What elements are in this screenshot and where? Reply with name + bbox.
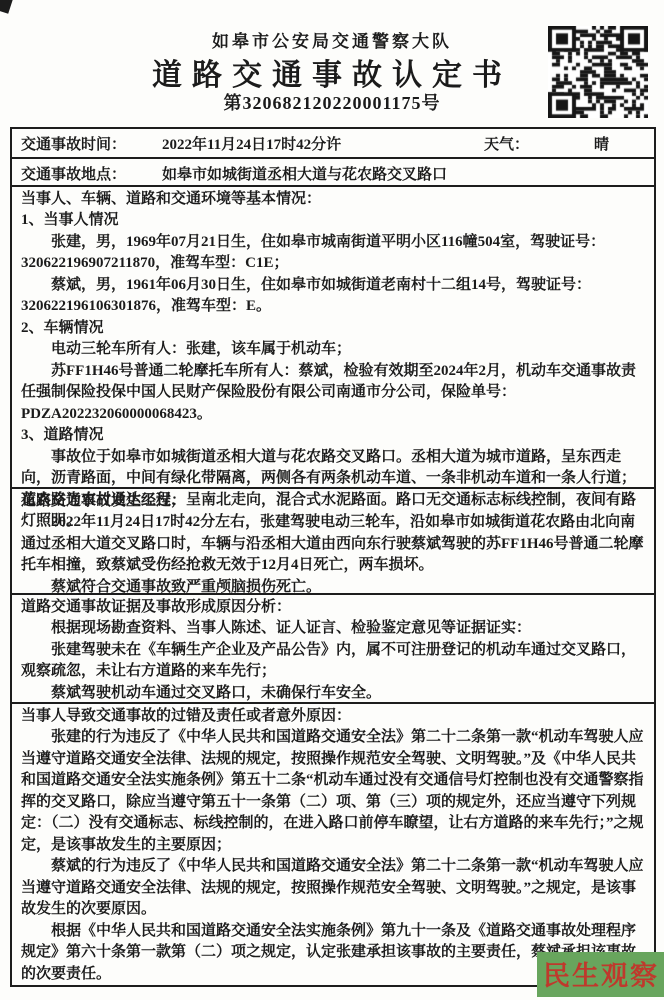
evidence-paragraph-1: 根据现场勘查资料、当事人陈述、证人证言、检验鉴定意见等证据证实： xyxy=(21,618,645,640)
weather-label: 天气： xyxy=(484,135,529,157)
weather-value: 晴 xyxy=(594,135,609,157)
evidence-heading: 道路交通事故证据及事故形成原因分析： xyxy=(21,597,645,619)
fault-paragraph-1: 张建的行为违反了《中华人民共和国道路交通安全法》第二十二条第一款“机动车驾驶人应… xyxy=(21,727,645,856)
basic-sub2: 2、车辆情况 xyxy=(21,318,645,340)
evidence-paragraph-3: 蔡斌驾驶机动车通过交叉路口，未确保行车安全。 xyxy=(21,683,645,705)
party2-paragraph: 蔡斌，男，1961年06月30日生，住如皋市如城街道老南村十二组14号，驾驶证号… xyxy=(21,275,645,318)
process-paragraph-1: 2022年11月24日17时42分左右，张建驾驶电动三轮车，沿如皋市如城街道花农… xyxy=(21,512,645,577)
basic-sub3: 3、道路情况 xyxy=(21,425,645,447)
evidence-paragraph-2: 张建驾驶未在《车辆生产企业及产品公告》内，属不可注册登记的机动车通过交叉路口，观… xyxy=(21,640,645,683)
vehicle2-paragraph: 苏FF1H46号普通二轮摩托车所有人：蔡斌，检验有效期至2024年2月，机动车交… xyxy=(21,361,645,426)
fault-paragraph-2: 蔡斌的行为违反了《中华人民共和国道路交通安全法》第二十二条第一款“机动车驾驶人应… xyxy=(21,856,645,921)
accident-location-label: 交通事故地点： xyxy=(21,165,126,187)
process-heading: 道路交通事故发生经过： xyxy=(21,491,645,513)
qr-code-icon xyxy=(548,26,648,118)
accident-location-value: 如皋市如城街道丞相大道与花农路交叉路口 xyxy=(162,165,447,187)
watermark-label: 民生观察 xyxy=(537,952,664,997)
section-fault-responsibility: 当事人导致交通事故的过错及责任或者意外原因： 张建的行为违反了《中华人民共和国道… xyxy=(12,704,654,986)
fault-heading: 当事人导致交通事故的过错及责任或者意外原因： xyxy=(21,706,645,728)
section-accident-process: 道路交通事故发生经过： 2022年11月24日17时42分左右，张建驾驶电动三轮… xyxy=(12,489,654,595)
row-location: 交通事故地点： 如皋市如城街道丞相大道与花农路交叉路口 xyxy=(12,159,654,187)
scan-corner-artifact xyxy=(0,0,13,14)
vehicle1-paragraph: 电动三轮车所有人：张建，该车属于机动车； xyxy=(21,339,645,361)
row-time-weather: 交通事故时间： 2022年11月24日17时42分许 天气： 晴 xyxy=(12,129,654,159)
party1-paragraph: 张建，男，1969年07月21日生，住如皋市城南街道平明小区116幢504室，驾… xyxy=(21,232,645,275)
basic-heading: 当事人、车辆、道路和交通环境等基本情况： xyxy=(21,189,645,211)
accident-time-label: 交通事故时间： xyxy=(21,135,126,157)
section-evidence-analysis: 道路交通事故证据及事故形成原因分析： 根据现场勘查资料、当事人陈述、证人证言、检… xyxy=(12,595,654,704)
accident-time-value: 2022年11月24日17时42分许 xyxy=(162,135,341,157)
section-basic-info: 当事人、车辆、道路和交通环境等基本情况： 1、当事人情况 张建，男，1969年0… xyxy=(12,187,654,489)
basic-sub1: 1、当事人情况 xyxy=(21,210,645,232)
accident-report-body: 交通事故时间： 2022年11月24日17时42分许 天气： 晴 交通事故地点：… xyxy=(10,127,656,987)
